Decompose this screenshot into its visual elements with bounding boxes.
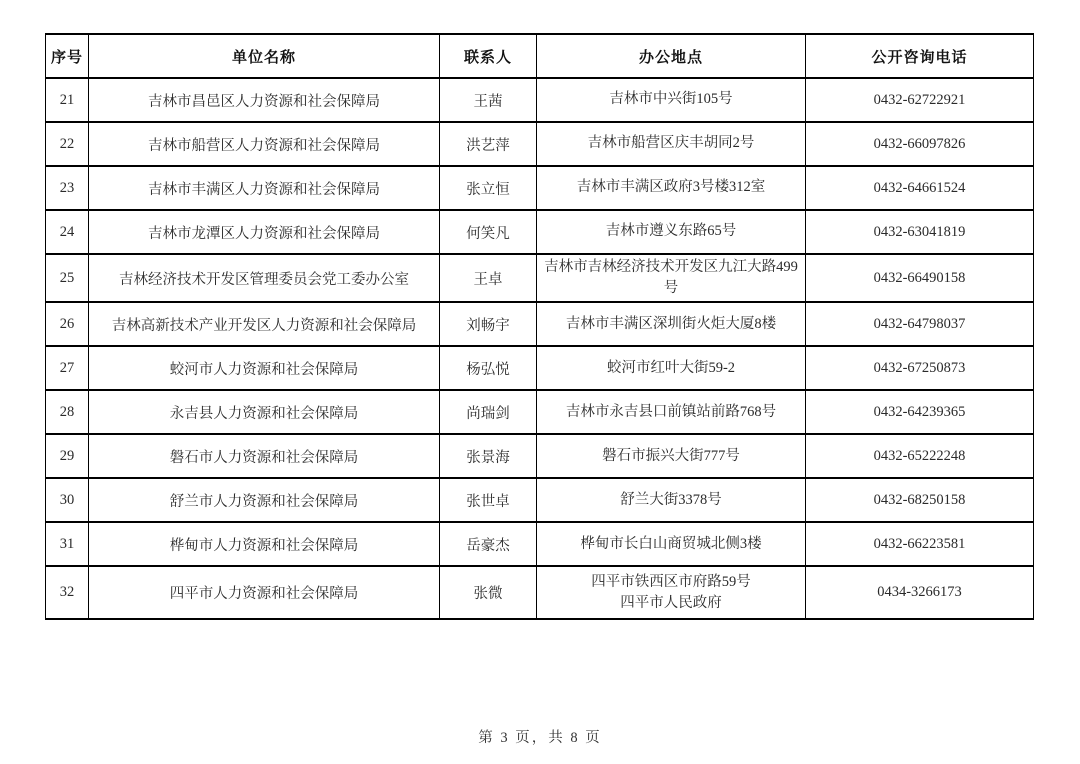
cell-no: 30 bbox=[46, 478, 89, 522]
cell-phone: 0432-66097826 bbox=[806, 122, 1034, 166]
page-indicator: 第 3 页，共 8 页 bbox=[0, 726, 1080, 747]
cell-unit: 磐石市人力资源和社会保障局 bbox=[89, 434, 440, 478]
cell-contact: 刘畅宇 bbox=[440, 302, 537, 346]
cell-phone: 0432-63041819 bbox=[806, 210, 1034, 254]
table-row: 25吉林经济技术开发区管理委员会党工委办公室王卓吉林市吉林经济技术开发区九江大路… bbox=[46, 254, 1034, 302]
cell-address: 桦甸市长白山商贸城北侧3楼 bbox=[537, 522, 806, 566]
cell-no: 32 bbox=[46, 566, 89, 619]
table-row: 31桦甸市人力资源和社会保障局岳豪杰桦甸市长白山商贸城北侧3楼0432-6622… bbox=[46, 522, 1034, 566]
header-cell-contact: 联系人 bbox=[440, 34, 537, 78]
cell-no: 22 bbox=[46, 122, 89, 166]
cell-phone: 0432-66490158 bbox=[806, 254, 1034, 302]
cell-unit: 吉林市船营区人力资源和社会保障局 bbox=[89, 122, 440, 166]
table-row: 32四平市人力资源和社会保障局张微四平市铁西区市府路59号 四平市人民政府043… bbox=[46, 566, 1034, 619]
header-cell-phone: 公开咨询电话 bbox=[806, 34, 1034, 78]
cell-phone: 0432-64661524 bbox=[806, 166, 1034, 210]
header-cell-no: 序号 bbox=[46, 34, 89, 78]
cell-contact: 岳豪杰 bbox=[440, 522, 537, 566]
cell-contact: 尚瑞剑 bbox=[440, 390, 537, 434]
cell-phone: 0434-3266173 bbox=[806, 566, 1034, 619]
cell-unit: 吉林高新技术产业开发区人力资源和社会保障局 bbox=[89, 302, 440, 346]
table-row: 21吉林市昌邑区人力资源和社会保障局王茜吉林市中兴街105号0432-62722… bbox=[46, 78, 1034, 122]
cell-phone: 0432-62722921 bbox=[806, 78, 1034, 122]
table-row: 29磐石市人力资源和社会保障局张景海磐石市振兴大街777号0432-652222… bbox=[46, 434, 1034, 478]
cell-address: 磐石市振兴大街777号 bbox=[537, 434, 806, 478]
cell-address: 吉林市丰满区深圳街火炬大厦8楼 bbox=[537, 302, 806, 346]
cell-unit: 吉林经济技术开发区管理委员会党工委办公室 bbox=[89, 254, 440, 302]
cell-no: 23 bbox=[46, 166, 89, 210]
table-row: 26吉林高新技术产业开发区人力资源和社会保障局刘畅宇吉林市丰满区深圳街火炬大厦8… bbox=[46, 302, 1034, 346]
cell-unit: 桦甸市人力资源和社会保障局 bbox=[89, 522, 440, 566]
cell-no: 21 bbox=[46, 78, 89, 122]
cell-address: 吉林市船营区庆丰胡同2号 bbox=[537, 122, 806, 166]
cell-no: 24 bbox=[46, 210, 89, 254]
cell-unit: 永吉县人力资源和社会保障局 bbox=[89, 390, 440, 434]
cell-unit: 吉林市龙潭区人力资源和社会保障局 bbox=[89, 210, 440, 254]
header-row: 序号单位名称联系人办公地点公开咨询电话 bbox=[46, 34, 1034, 78]
header-cell-address: 办公地点 bbox=[537, 34, 806, 78]
cell-no: 29 bbox=[46, 434, 89, 478]
cell-contact: 张立恒 bbox=[440, 166, 537, 210]
cell-no: 28 bbox=[46, 390, 89, 434]
table-row: 24吉林市龙潭区人力资源和社会保障局何笑凡吉林市遵义东路65号0432-6304… bbox=[46, 210, 1034, 254]
cell-unit: 蛟河市人力资源和社会保障局 bbox=[89, 346, 440, 390]
table-row: 23吉林市丰满区人力资源和社会保障局张立恒吉林市丰满区政府3号楼312室0432… bbox=[46, 166, 1034, 210]
cell-phone: 0432-68250158 bbox=[806, 478, 1034, 522]
cell-contact: 洪艺萍 bbox=[440, 122, 537, 166]
cell-address: 四平市铁西区市府路59号 四平市人民政府 bbox=[537, 566, 806, 619]
cell-address: 舒兰大街3378号 bbox=[537, 478, 806, 522]
table-row: 27蛟河市人力资源和社会保障局杨弘悦蛟河市红叶大街59-20432-672508… bbox=[46, 346, 1034, 390]
cell-unit: 四平市人力资源和社会保障局 bbox=[89, 566, 440, 619]
cell-phone: 0432-65222248 bbox=[806, 434, 1034, 478]
cell-phone: 0432-66223581 bbox=[806, 522, 1034, 566]
cell-contact: 杨弘悦 bbox=[440, 346, 537, 390]
cell-phone: 0432-64239365 bbox=[806, 390, 1034, 434]
cell-address: 蛟河市红叶大街59-2 bbox=[537, 346, 806, 390]
table-body: 21吉林市昌邑区人力资源和社会保障局王茜吉林市中兴街105号0432-62722… bbox=[46, 78, 1034, 619]
cell-contact: 王茜 bbox=[440, 78, 537, 122]
document-page: 序号单位名称联系人办公地点公开咨询电话 21吉林市昌邑区人力资源和社会保障局王茜… bbox=[0, 0, 1080, 764]
cell-contact: 何笑凡 bbox=[440, 210, 537, 254]
table-row: 28永吉县人力资源和社会保障局尚瑞剑吉林市永吉县口前镇站前路768号0432-6… bbox=[46, 390, 1034, 434]
cell-phone: 0432-64798037 bbox=[806, 302, 1034, 346]
table-row: 22吉林市船营区人力资源和社会保障局洪艺萍吉林市船营区庆丰胡同2号0432-66… bbox=[46, 122, 1034, 166]
table-row: 30舒兰市人力资源和社会保障局张世卓舒兰大街3378号0432-68250158 bbox=[46, 478, 1034, 522]
cell-phone: 0432-67250873 bbox=[806, 346, 1034, 390]
cell-no: 25 bbox=[46, 254, 89, 302]
cell-unit: 吉林市丰满区人力资源和社会保障局 bbox=[89, 166, 440, 210]
cell-no: 27 bbox=[46, 346, 89, 390]
cell-address: 吉林市丰满区政府3号楼312室 bbox=[537, 166, 806, 210]
cell-no: 26 bbox=[46, 302, 89, 346]
cell-contact: 张景海 bbox=[440, 434, 537, 478]
cell-address: 吉林市永吉县口前镇站前路768号 bbox=[537, 390, 806, 434]
cell-unit: 舒兰市人力资源和社会保障局 bbox=[89, 478, 440, 522]
contact-directory-table: 序号单位名称联系人办公地点公开咨询电话 21吉林市昌邑区人力资源和社会保障局王茜… bbox=[45, 33, 1034, 620]
cell-address: 吉林市遵义东路65号 bbox=[537, 210, 806, 254]
cell-address: 吉林市中兴街105号 bbox=[537, 78, 806, 122]
cell-contact: 王卓 bbox=[440, 254, 537, 302]
cell-contact: 张世卓 bbox=[440, 478, 537, 522]
cell-address: 吉林市吉林经济技术开发区九江大路499号 bbox=[537, 254, 806, 302]
cell-no: 31 bbox=[46, 522, 89, 566]
header-cell-unit: 单位名称 bbox=[89, 34, 440, 78]
cell-contact: 张微 bbox=[440, 566, 537, 619]
cell-unit: 吉林市昌邑区人力资源和社会保障局 bbox=[89, 78, 440, 122]
